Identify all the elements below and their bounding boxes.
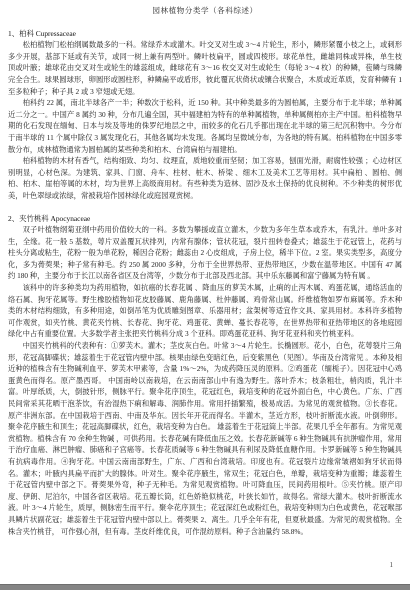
- section-2-paragraph-2: 该科中的许多种类均为药用植物，如抗癌的长春花属 、降血压的萝芙木属，止痢的止泻木…: [8, 282, 402, 340]
- section-1-paragraph-1: 松柏植物门松柏纲属数最多的一科。常绿乔木或灌木。叶交叉对生或 3～4 片轮生，形…: [8, 39, 402, 97]
- section-apocynaceae: 2、夹竹桃科 Apocynaceae 双子叶植物纲菊亚纲中药用价值较大的一科。多…: [8, 213, 402, 538]
- page-header-title: 园林植物分类学（各科综述）: [8, 5, 402, 17]
- document-page: 园林植物分类学（各科综述） 1、柏科 Cupressaceae 松柏植物门松柏纲…: [0, 0, 410, 590]
- section-1-paragraph-3: 柏科植物的木材有香气，结构细致、均匀、纹理直，质地较重而坚韧；加工容易，刨面光滑…: [8, 155, 402, 201]
- section-cupressaceae: 1、柏科 Cupressaceae 松柏植物门松柏纲属数最多的一科。常绿乔木或灌…: [8, 28, 402, 202]
- page-number: 1: [390, 561, 394, 569]
- section-1-paragraph-2: 柏科约 22 属，南北半球各产一半；种数次于松科，近 150 种。其中种类最多的…: [8, 97, 402, 155]
- window-bottom-edge: [0, 584, 410, 590]
- section-2-heading: 2、夹竹桃科 Apocynaceae: [8, 213, 402, 225]
- section-2-paragraph-3: 中国夹竹桃科的代表种有：①萝芙木。灌木；茎皮灰白色。叶常 3～4 片轮生。长椭圆…: [8, 340, 402, 537]
- section-2-paragraph-1: 双子叶植物纲菊亚纲中药用价值较大的一科。多数为攀援或直立灌木，少数为多年生草本或…: [8, 224, 402, 282]
- section-1-heading: 1、柏科 Cupressaceae: [8, 28, 402, 40]
